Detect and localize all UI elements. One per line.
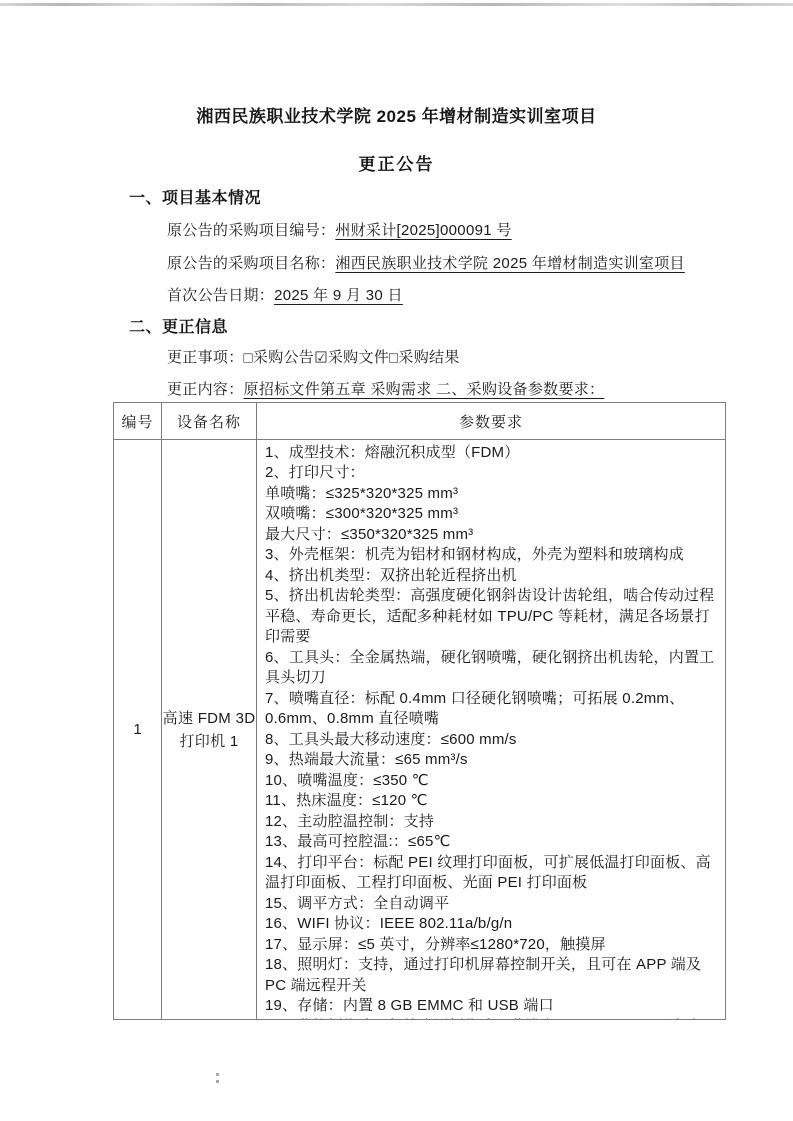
option-procurement-result: □采购结果 xyxy=(389,349,460,366)
field-project-name: 原公告的采购项目名称：湘西民族职业技术学院 2025 年增材制造实训室项目 xyxy=(167,252,685,273)
field-first-announcement-date: 首次公告日期：2025 年 9 月 30 日 xyxy=(167,284,403,305)
spec-item: 1、成型技术：熔融沉积成型（FDM） xyxy=(265,443,717,464)
document-subtitle: 更正公告 xyxy=(0,150,793,175)
spec-item: 单喷嘴：≤325*320*325 mm³ xyxy=(265,484,717,505)
field-value: 湘西民族职业技术学院 2025 年增材制造实训室项目 xyxy=(335,255,685,272)
column-header-device-name: 设备名称 xyxy=(162,403,257,440)
spec-item: 7、喷嘴直径：标配 0.4mm 口径硬化钢喷嘴；可拓展 0.2mm、0.6mm、… xyxy=(265,689,717,730)
field-label: 原公告的采购项目名称： xyxy=(167,255,335,272)
spec-item: 11、热床温度：≤120 ℃ xyxy=(265,791,717,812)
correction-content-value: 原招标文件第五章 采购需求 二、采购设备参数要求： xyxy=(244,381,605,398)
spec-item: 18、照明灯：支持，通过打印机屏幕控制开关，且可在 APP 端及 PC 端远程开… xyxy=(265,955,717,996)
spec-item: 双喷嘴：≤300*320*325 mm³ xyxy=(265,504,717,525)
spec-item: 13、最高可控腔温:：≤65℃ xyxy=(265,832,717,853)
option-label: 采购结果 xyxy=(398,349,459,366)
option-label: 采购文件 xyxy=(328,349,389,366)
device-name-line: 打印机 1 xyxy=(162,730,256,753)
checkbox-unchecked-icon: □ xyxy=(389,350,398,367)
spec-item: 最大尺寸：≤350*320*325 mm³ xyxy=(265,525,717,546)
spec-item: 20、监控摄像头：机箱内置摄像头，分辨率≤1920×1080，具备实时视频 xyxy=(265,1017,717,1019)
option-procurement-document: ☑采购文件 xyxy=(314,349,389,366)
correction-content-line: 更正内容：原招标文件第五章 采购需求 二、采购设备参数要求： xyxy=(167,378,604,399)
spec-item: 8、工具头最大移动速度：≤600 mm/s xyxy=(265,730,717,751)
spec-item: 19、存储：内置 8 GB EMMC 和 USB 端口 xyxy=(265,996,717,1017)
spec-item: 10、喷嘴温度：≤350 ℃ xyxy=(265,771,717,792)
document-title: 湘西民族职业技术学院 2025 年增材制造实训室项目 xyxy=(0,102,793,127)
spec-item: 4、挤出机类型：双挤出轮近程挤出机 xyxy=(265,566,717,587)
checkbox-unchecked-icon: □ xyxy=(244,350,253,367)
spec-item: 17、显示屏：≤5 英寸，分辨率≤1280*720，触摸屏 xyxy=(265,935,717,956)
spec-item: 16、WIFI 协议：IEEE 802.11a/b/g/n xyxy=(265,914,717,935)
section-heading-basic-info: 一、项目基本情况 xyxy=(129,185,261,208)
spec-item: 12、主动腔温控制：支持 xyxy=(265,812,717,833)
scanned-document-page: 湘西民族职业技术学院 2025 年增材制造实训室项目 更正公告 一、项目基本情况… xyxy=(0,0,793,1121)
correction-content-label: 更正内容： xyxy=(167,381,244,398)
cell-requirements: 1、成型技术：熔融沉积成型（FDM） 2、打印尺寸： 单喷嘴：≤325*320*… xyxy=(257,440,726,1020)
field-label: 首次公告日期： xyxy=(167,287,274,304)
section-heading-correction-info: 二、更正信息 xyxy=(129,314,228,337)
spec-item: 9、热端最大流量：≤65 mm³/s xyxy=(265,750,717,771)
field-value: 州财采计[2025]000091 号 xyxy=(335,222,511,239)
device-name-line: 高速 FDM 3D xyxy=(162,707,256,730)
spec-item: 5、挤出机齿轮类型：高强度硬化钢斜齿设计齿轮组，啮合传动过程平稳、寿命更长，适配… xyxy=(265,586,717,648)
scan-edge-line xyxy=(0,3,793,6)
checkbox-checked-icon: ☑ xyxy=(314,349,328,367)
option-procurement-announcement: □采购公告 xyxy=(244,349,315,366)
cell-device-name: 高速 FDM 3D 打印机 1 xyxy=(162,440,257,1020)
cell-row-number: 1 xyxy=(114,440,162,1020)
field-project-number: 原公告的采购项目编号：州财采计[2025]000091 号 xyxy=(167,219,512,240)
equipment-spec-table: 编号 设备名称 参数要求 1 高速 FDM 3D 打印机 1 1、成型技术：熔融… xyxy=(113,402,726,1020)
scan-artifact-mark xyxy=(216,1073,220,1085)
requirements-list: 1、成型技术：熔融沉积成型（FDM） 2、打印尺寸： 单喷嘴：≤325*320*… xyxy=(257,441,725,1019)
spec-item: 15、调平方式：全自动调平 xyxy=(265,894,717,915)
table-header-row: 编号 设备名称 参数要求 xyxy=(114,403,726,440)
spec-item: 14、打印平台：标配 PEI 纹理打印面板，可扩展低温打印面板、高温打印面板、工… xyxy=(265,853,717,894)
field-label: 原公告的采购项目编号： xyxy=(167,222,335,239)
field-value: 2025 年 9 月 30 日 xyxy=(274,287,403,304)
table-row: 1 高速 FDM 3D 打印机 1 1、成型技术：熔融沉积成型（FDM） 2、打… xyxy=(114,440,726,1020)
spec-item: 6、工具头：全金属热端，硬化钢喷嘴，硬化钢挤出机齿轮，内置工具头切刀 xyxy=(265,648,717,689)
spec-item: 2、打印尺寸： xyxy=(265,463,717,484)
spec-item: 3、外壳框架：机壳为铝材和钢材构成，外壳为塑料和玻璃构成 xyxy=(265,545,717,566)
correction-matters-line: 更正事项：□采购公告☑采购文件□采购结果 xyxy=(167,346,460,367)
column-header-number: 编号 xyxy=(114,403,162,440)
correction-matters-label: 更正事项： xyxy=(167,349,244,366)
option-label: 采购公告 xyxy=(253,349,314,366)
column-header-parameter-requirements: 参数要求 xyxy=(257,403,726,440)
